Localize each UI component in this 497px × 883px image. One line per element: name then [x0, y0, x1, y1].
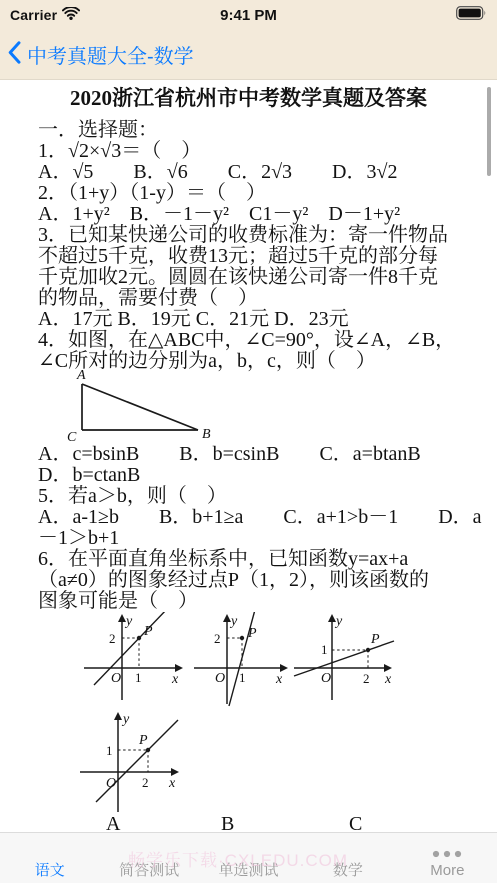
tab-label: 简答测试 [119, 863, 179, 879]
svg-text:x: x [275, 672, 283, 687]
doc-line: A．17元 B．19元 C．21元 D．23元 [38, 309, 468, 330]
tab-danxuan-ceshi[interactable]: 单选测试 [199, 833, 298, 883]
svg-text:P: P [143, 624, 153, 639]
doc-line: D．b=ctanB [38, 465, 468, 486]
svg-text:2: 2 [142, 775, 149, 790]
svg-text:2: 2 [109, 631, 116, 646]
svg-text:O: O [321, 671, 331, 686]
svg-text:y: y [334, 614, 343, 629]
tab-label: More [430, 863, 464, 879]
doc-line: －1＞b+1 [38, 528, 468, 549]
svg-text:1: 1 [135, 670, 142, 685]
graph-option-2: y 2 P O 1 x [190, 612, 295, 713]
doc-line: 3．已知某快递公司的收费标准为：寄一件物品 [38, 225, 468, 246]
graph-option-4: y 1 P O 2 x [76, 708, 191, 825]
doc-line: 5．若a＞b，则（ ） [38, 486, 468, 507]
tab-label: 语文 [35, 863, 65, 879]
tab-label: 数学 [333, 863, 363, 879]
svg-text:y: y [124, 614, 133, 629]
doc-line: A．a-1≥b B．b+1≥a C．a+1>b－1 D．a [38, 507, 468, 528]
svg-text:O: O [106, 776, 116, 791]
tab-more[interactable]: More [398, 833, 497, 883]
svg-text:A: A [76, 368, 86, 383]
tab-yuwen[interactable]: 语文 [0, 833, 99, 883]
doc-line: A．c=bsinB B．b=csinB C．a=btanB [38, 444, 468, 465]
doc-line: A．1+y² B．－1－y² C1－y² D－1+y² [38, 204, 468, 225]
svg-text:x: x [171, 672, 179, 687]
graph-option-3: y 1 P O 2 x [292, 612, 397, 713]
triangle-figure: A C B [66, 366, 216, 449]
back-button[interactable]: 中考真题大全-数学 [8, 40, 194, 69]
doc-line: 的物品，需要付费（ ） [38, 288, 468, 309]
svg-text:1: 1 [239, 670, 246, 685]
doc-line: 一．选择题： [38, 120, 468, 141]
doc-line: 6．在平面直角坐标系中，已知函数y=ax+a [38, 549, 468, 570]
tab-bar: 语文 简答测试 单选测试 数学 More [0, 832, 497, 883]
doc-line: 千克加收2元。圆圆在该快递公司寄一件8千克 [38, 267, 468, 288]
svg-text:B: B [202, 427, 211, 442]
chevron-left-icon [8, 41, 21, 69]
svg-text:P: P [247, 626, 257, 641]
svg-text:P: P [370, 632, 380, 647]
doc-line: 4．如图，在△ABC中，∠C=90°，设∠A，∠B， [38, 330, 468, 351]
svg-text:y: y [229, 614, 238, 629]
svg-text:O: O [111, 671, 121, 686]
scrollbar-thumb[interactable] [487, 87, 491, 176]
svg-text:O: O [215, 671, 225, 686]
graph-option-1: y 2 P O 1 x [80, 612, 185, 713]
svg-text:P: P [138, 733, 148, 748]
svg-text:2: 2 [214, 631, 221, 646]
svg-text:1: 1 [106, 743, 113, 758]
doc-line: A．√5 B．√6 C．2√3 D．3√2 [38, 162, 468, 183]
ellipsis-icon [432, 845, 462, 863]
doc-line: 2．（1+y）（1-y）＝（ ） [38, 183, 468, 204]
status-bar: 9:41 PM Carrier [0, 0, 497, 30]
svg-text:1: 1 [321, 642, 328, 657]
tab-label: 单选测试 [219, 863, 279, 879]
question-text-block-2: A．c=bsinB B．b=csinB C．a=btanB D．b=ctanB … [38, 444, 468, 612]
back-button-label: 中考真题大全-数学 [27, 40, 194, 69]
doc-line: （a≠0）的图象经过点P（1，2），则该函数的 [38, 570, 468, 591]
document-title: 2020浙江省杭州市中考数学真题及答案 [0, 85, 497, 111]
svg-text:x: x [168, 776, 176, 791]
svg-text:2: 2 [363, 671, 370, 686]
question-text-block-1: 一．选择题： 1．√2×√3＝（ ） A．√5 B．√6 C．2√3 D．3√2… [38, 120, 468, 372]
doc-line: 不超过5千克，收费13元；超过5千克的部分每 [38, 246, 468, 267]
status-time: 9:41 PM [0, 7, 497, 24]
app-screen: 9:41 PM Carrier 中考真题大 [0, 0, 497, 883]
nav-bar: 中考真题大全-数学 [0, 30, 497, 80]
svg-text:C: C [67, 430, 77, 444]
document-scroll-area[interactable]: 2020浙江省杭州市中考数学真题及答案 一．选择题： 1．√2×√3＝（ ） A… [0, 80, 497, 883]
doc-line: 图象可能是（ ） [38, 591, 468, 612]
tab-jianda-ceshi[interactable]: 简答测试 [99, 833, 198, 883]
svg-text:y: y [121, 712, 130, 727]
doc-line: 1．√2×√3＝（ ） [38, 141, 468, 162]
tab-shuxue[interactable]: 数学 [298, 833, 397, 883]
svg-text:x: x [384, 672, 392, 687]
